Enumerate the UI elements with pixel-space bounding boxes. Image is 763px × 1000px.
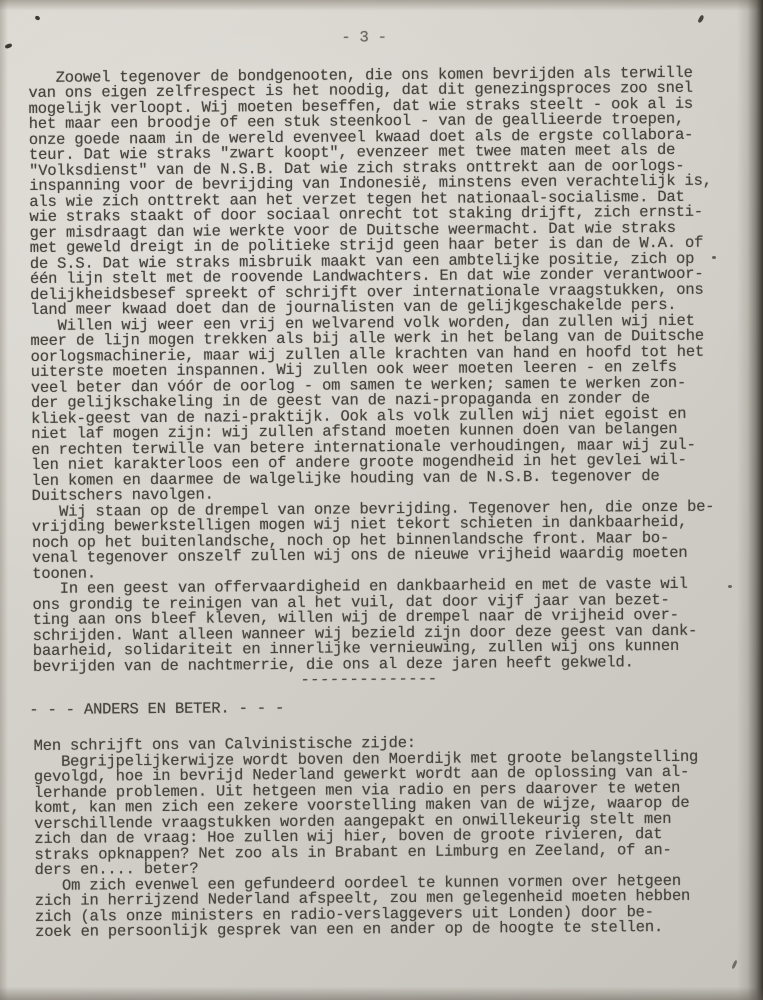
paragraph-5: Begrijpelijkerwijze wordt boven den Moer… (34, 749, 747, 879)
paper-speck (34, 15, 40, 21)
paper-mark (697, 15, 704, 24)
paper-edge-shadow-bottom (0, 986, 763, 1000)
paragraph-4: In een geest van offervaardigheid en dan… (32, 576, 745, 675)
page-number: - 3 - (28, 27, 740, 48)
paper-edge-shadow-top (0, 0, 763, 12)
paragraph-1: Zoowel tegenover de bondgenooten, die on… (28, 65, 742, 319)
paragraph-3: Wij staan op de drempel van onze bevrijd… (32, 499, 745, 582)
paper-speck (5, 43, 13, 49)
paper-edge-shadow-left (0, 0, 8, 1000)
typewritten-text-block: - 3 - Zoowel tegenover de bondgenooten, … (28, 27, 747, 940)
paper-mark (731, 960, 737, 969)
paragraph-2: Willen wij weer een vrij en welvarend vo… (30, 313, 743, 505)
paragraph-6: Om zich evenwel een gefundeerd oordeel t… (35, 873, 747, 941)
section-heading: - - - ANDERS EN BETER. - - - (29, 697, 745, 718)
document-page: - 3 - Zoowel tegenover de bondgenooten, … (0, 0, 763, 1000)
